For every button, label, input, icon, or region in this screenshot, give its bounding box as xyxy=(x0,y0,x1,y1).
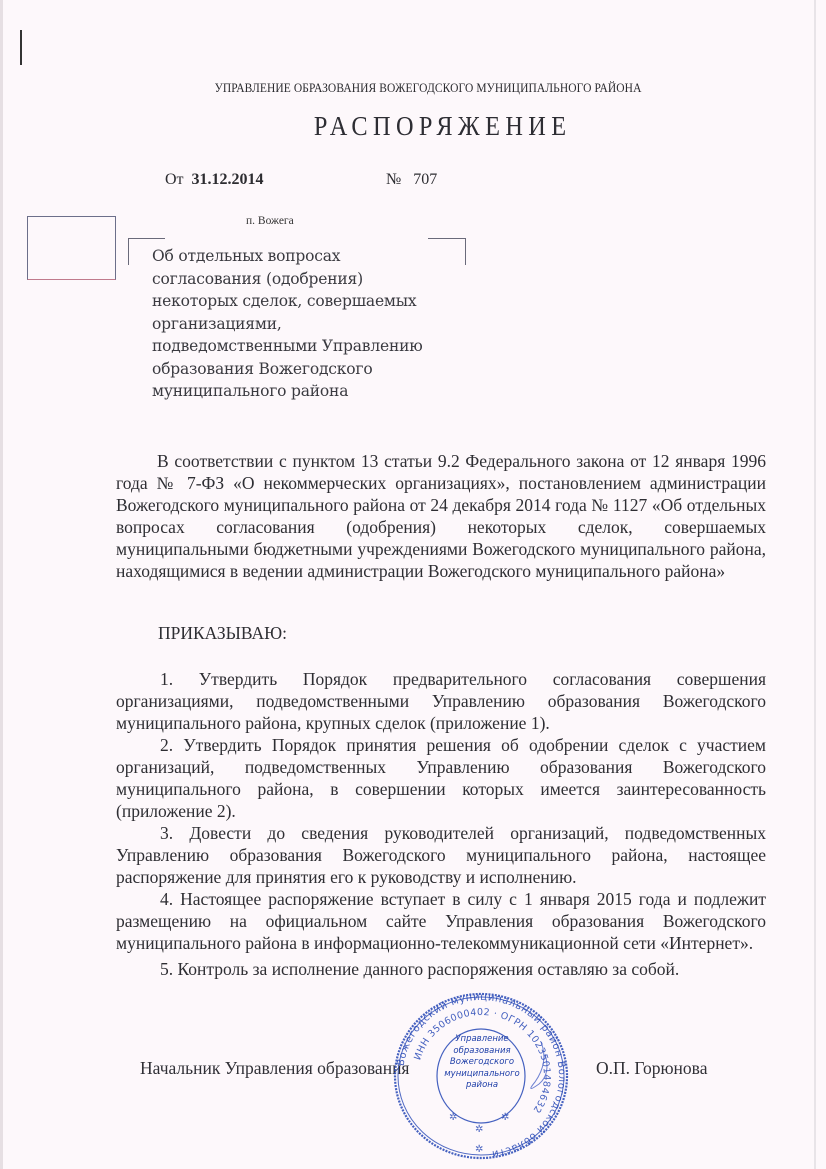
subject-line: организациями, xyxy=(152,313,452,336)
official-stamp: Вожегодский муниципальный район Вологодс… xyxy=(391,992,571,1160)
date-value: 31.12.2014 xyxy=(192,171,264,188)
subject-line: муниципального района xyxy=(152,380,452,403)
stamp-line: Вожегодского xyxy=(441,1057,523,1069)
stamp-line: Управление xyxy=(441,1034,523,1046)
registration-box xyxy=(27,216,116,280)
subject-line: Об отдельных вопросах xyxy=(152,245,452,268)
subject-line: некоторых сделок, совершаемых xyxy=(152,290,452,313)
svg-text:✲: ✲ xyxy=(449,1112,457,1123)
order-item-2: 2. Утвердить Порядок принятия решения об… xyxy=(116,734,766,822)
signature-title: Начальник Управления образования xyxy=(140,1058,409,1079)
preamble-text: В соответствии с пунктом 13 статьи 9.2 Ф… xyxy=(116,450,766,582)
margin-mark xyxy=(20,30,22,65)
stamp-line: района xyxy=(441,1080,523,1092)
order-item-4: 4. Настоящее распоряжение вступает в сил… xyxy=(116,888,766,954)
document-subject: Об отдельных вопросах согласования (одоб… xyxy=(152,245,452,403)
order-word: ПРИКАЗЫВАЮ: xyxy=(158,623,287,644)
document-place: п. Вожега xyxy=(246,215,294,227)
date-label: От xyxy=(165,171,184,188)
document-date: От 31.12.2014 xyxy=(165,171,264,189)
stamp-center-text: Управление образования Вожегодского муни… xyxy=(441,1034,523,1092)
number-value: 707 xyxy=(413,171,437,188)
subject-line: согласования (одобрения) xyxy=(152,268,452,291)
organization-header: УПРАВЛЕНИЕ ОБРАЗОВАНИЯ ВОЖЕГОДСКОГО МУНИ… xyxy=(35,81,795,96)
signature-name: О.П. Горюнова xyxy=(596,1058,707,1079)
number-label: № xyxy=(386,171,401,188)
scan-right-edge xyxy=(814,0,816,1169)
preamble: В соответствии с пунктом 13 статьи 9.2 Ф… xyxy=(116,450,766,582)
svg-text:✲: ✲ xyxy=(475,1124,483,1135)
subject-line: образования Вожегодского xyxy=(152,358,452,381)
order-items: 1. Утвердить Порядок предварительного со… xyxy=(116,668,766,980)
order-item-1: 1. Утвердить Порядок предварительного со… xyxy=(116,668,766,734)
svg-text:✲: ✲ xyxy=(475,1144,483,1155)
order-item-3: 3. Довести до сведения руководителей орг… xyxy=(116,822,766,888)
stamp-line: муниципального xyxy=(441,1069,523,1081)
stamp-line: образования xyxy=(441,1046,523,1058)
scan-left-edge xyxy=(0,0,3,1169)
document-number: № 707 xyxy=(386,171,437,189)
order-item-5: 5. Контроль за исполнение данного распор… xyxy=(116,958,766,980)
svg-text:✲: ✲ xyxy=(501,1112,509,1123)
document-title: РАСПОРЯЖЕНИЕ xyxy=(44,111,787,142)
subject-line: подведомственными Управлению xyxy=(152,335,452,358)
document-page: УПРАВЛЕНИЕ ОБРАЗОВАНИЯ ВОЖЕГОДСКОГО МУНИ… xyxy=(0,0,826,1169)
